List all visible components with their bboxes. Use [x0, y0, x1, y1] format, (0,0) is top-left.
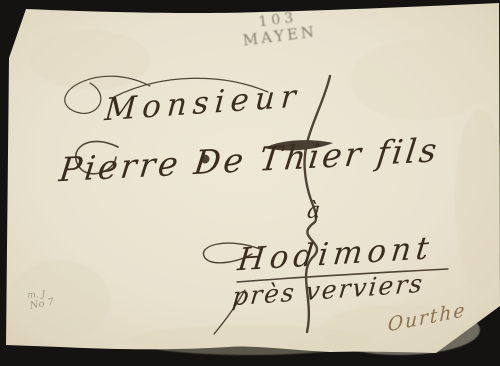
address-preposition: à — [306, 198, 321, 224]
letter-photo: 103 MAYEN Monsieur Pierre De Thier fils … — [0, 0, 500, 366]
